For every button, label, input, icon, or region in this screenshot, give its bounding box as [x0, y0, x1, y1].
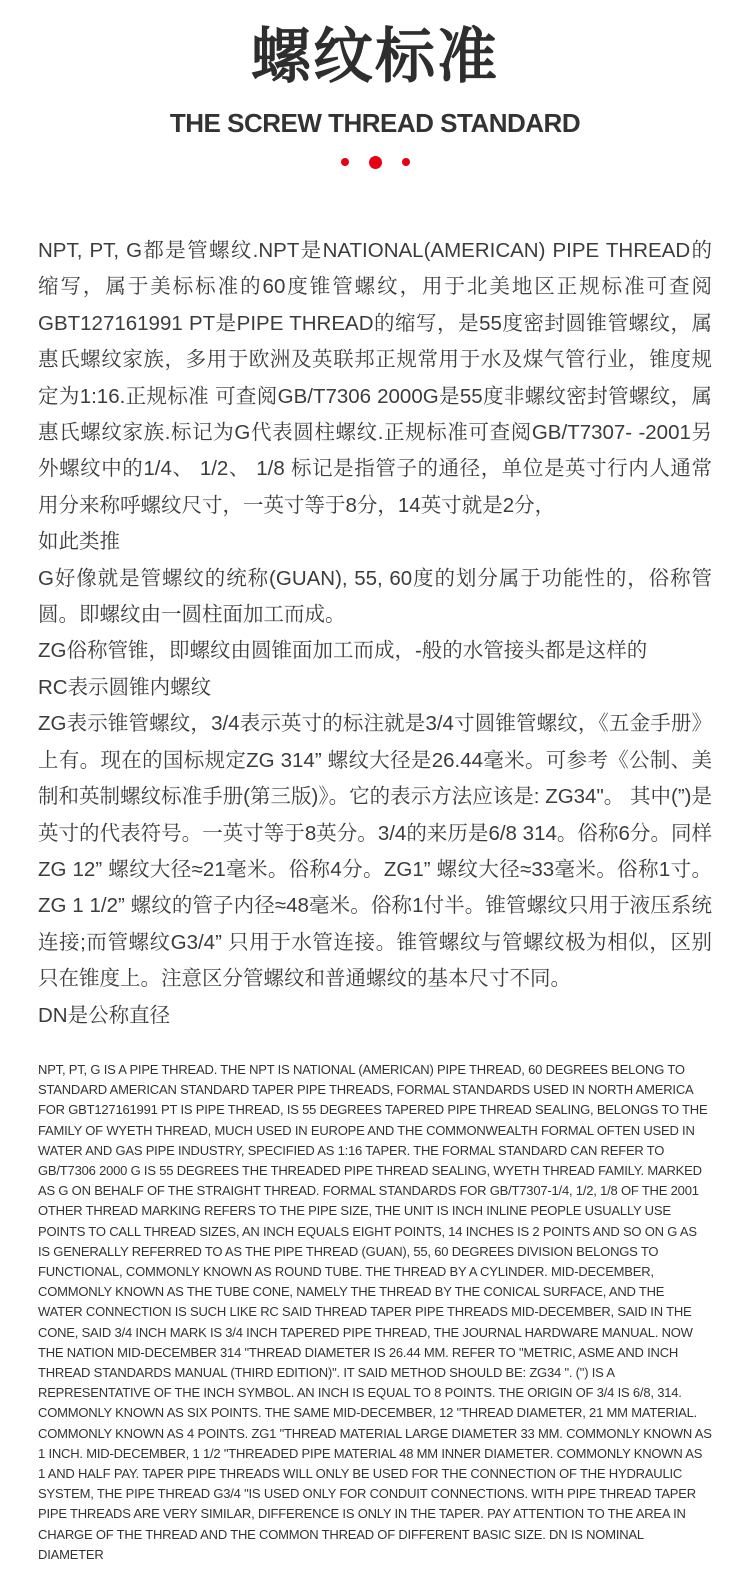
thread-standard-page: 螺纹标准 THE SCREW THREAD STANDARD NPT, PT, …	[0, 0, 750, 1595]
red-dot-icon	[341, 158, 349, 166]
cn-paragraph: RC表示圆锥内螺纹	[38, 670, 712, 706]
cn-paragraph: ZG俗称管锥，即螺纹由圆锥面加工而成，-般的水管接头都是这样的	[38, 633, 712, 669]
red-dot-icon	[402, 158, 410, 166]
divider-dots	[38, 155, 712, 169]
cn-paragraph: DN是公称直径	[38, 998, 712, 1034]
page-header: 螺纹标准 THE SCREW THREAD STANDARD	[38, 18, 712, 169]
page-title-english: THE SCREW THREAD STANDARD	[38, 108, 712, 138]
cn-paragraph: 如此类推	[38, 524, 712, 560]
cn-paragraph: G好像就是管螺纹的统称(GUAN), 55, 60度的划分属于功能性的，俗称管圆…	[38, 561, 712, 634]
red-dot-icon	[369, 156, 382, 169]
page-title-chinese: 螺纹标准	[38, 18, 712, 96]
english-description: NPT, PT, G IS A PIPE THREAD. THE NPT IS …	[38, 1060, 712, 1565]
chinese-description: NPT, PT, G都是管螺纹.NPT是NATIONAL(AMERICAN) P…	[38, 233, 712, 1034]
cn-paragraph: ZG表示锥管螺纹，3/4表示英寸的标注就是3/4寸圆锥管螺纹，《五金手册》上有。…	[38, 706, 712, 997]
en-paragraph: NPT, PT, G IS A PIPE THREAD. THE NPT IS …	[38, 1060, 712, 1565]
cn-paragraph: NPT, PT, G都是管螺纹.NPT是NATIONAL(AMERICAN) P…	[38, 233, 712, 524]
